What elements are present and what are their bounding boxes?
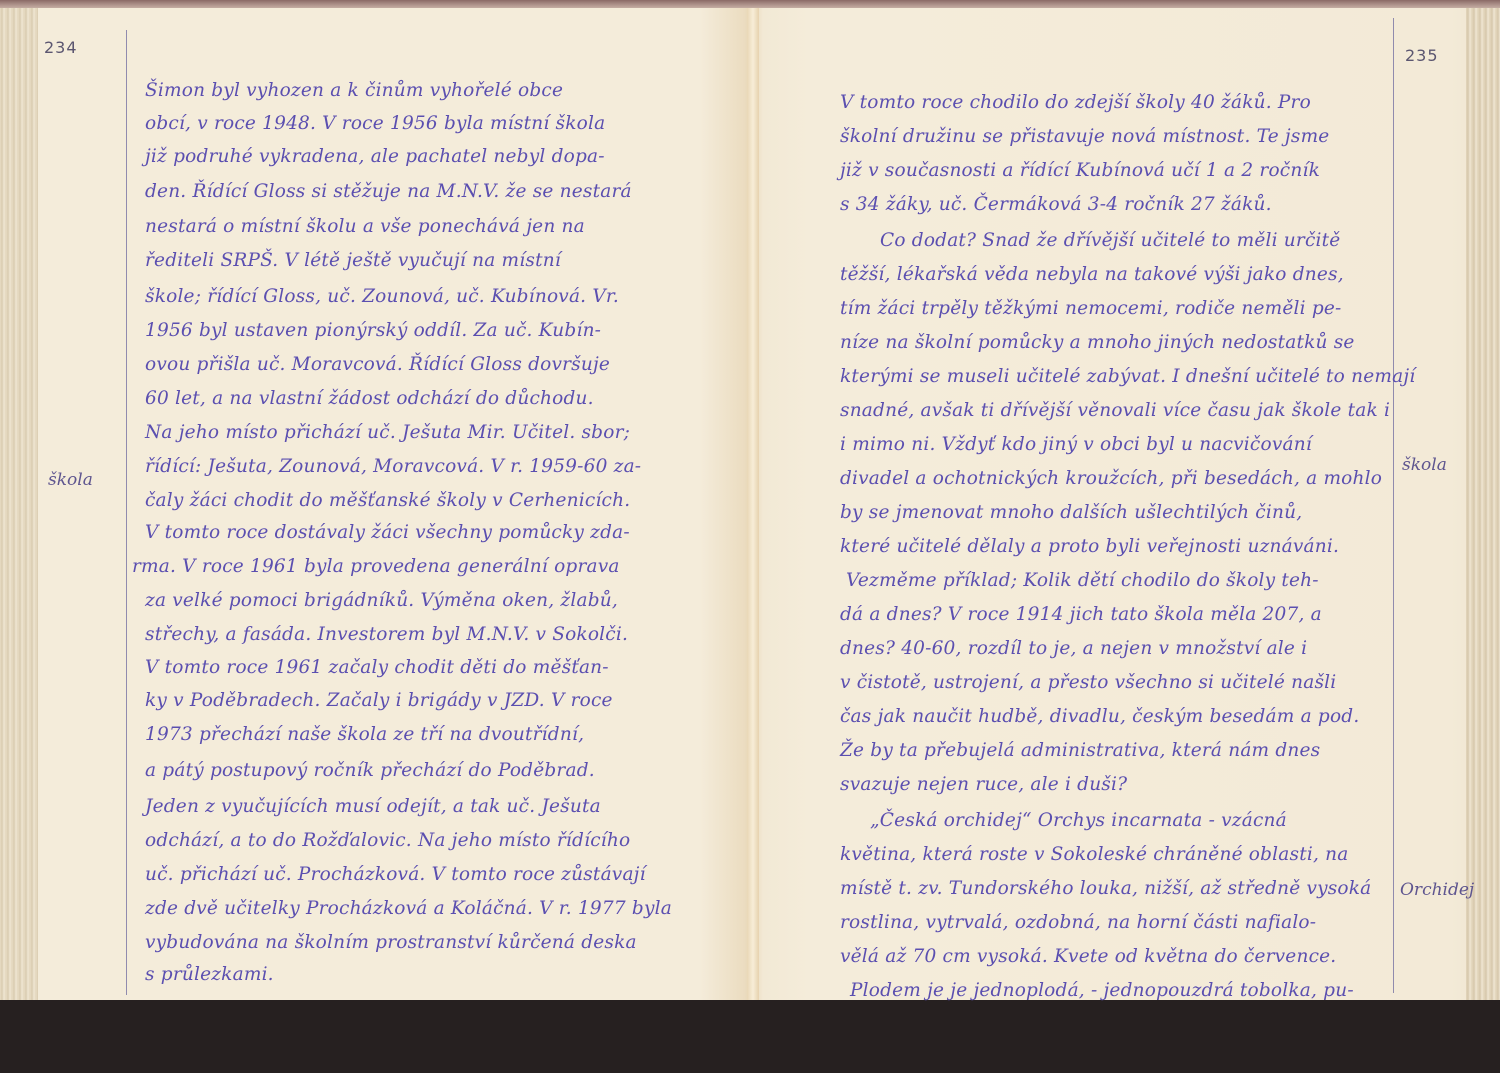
text-line: 1956 byl ustaven pionýrský oddíl. Za uč.… — [145, 320, 601, 341]
text-line: kterými se museli učitelé zabývat. I dne… — [840, 366, 1415, 387]
text-line: těžší, lékařská věda nebyla na takové vý… — [840, 264, 1344, 285]
left-margin-rule — [126, 30, 127, 995]
text-line: řídící: Ješuta, Zounová, Moravcová. V r.… — [145, 456, 641, 477]
text-line: den. Řídící Gloss si stěžuje na M.N.V. ž… — [145, 181, 632, 202]
text-line: uč. přichází uč. Procházková. V tomto ro… — [145, 864, 646, 885]
text-line: již podruhé vykradena, ale pachatel neby… — [145, 146, 605, 167]
text-line: škole; řídící Gloss, uč. Zounová, uč. Ku… — [145, 286, 619, 307]
margin-note-left-skola: škola — [48, 470, 93, 490]
text-line: 60 let, a na vlastní žádost odchází do d… — [145, 388, 594, 409]
text-line: s průlezkami. — [145, 964, 274, 985]
margin-note-right-skola: škola — [1402, 455, 1447, 475]
text-line: Jeden z vyučujících musí odejít, a tak u… — [145, 796, 601, 817]
text-line: divadel a ochotnických kroužcích, při be… — [840, 468, 1382, 489]
text-line: snadné, avšak ti dřívější věnovali více … — [840, 400, 1390, 421]
page-number-left: 234 — [44, 38, 78, 57]
open-book-spread: 234 235 škola škola Orchidej Šimon byl v… — [0, 0, 1500, 1073]
text-line: by se jmenovat mnoho dalších ušlechtilýc… — [840, 502, 1302, 523]
text-line: vybudována na školním prostranství kůrče… — [145, 932, 637, 953]
text-line: řediteli SRPŠ. V létě ještě vyučují na m… — [145, 250, 561, 271]
text-line: obcí, v roce 1948. V roce 1956 byla míst… — [145, 113, 605, 134]
text-line: nestará o místní školu a vše ponechává j… — [145, 216, 585, 237]
text-line: střechy, a fasáda. Investorem byl M.N.V.… — [145, 624, 628, 645]
page-number-right: 235 — [1405, 46, 1439, 65]
text-line: ky v Poděbradech. Začaly i brigády v JZD… — [145, 690, 613, 711]
text-line: tím žáci trpěly těžkými nemocemi, rodiče… — [840, 298, 1341, 319]
text-line: ovou přišla uč. Moravcová. Řídící Gloss … — [145, 354, 610, 375]
text-line: s 34 žáky, uč. Čermáková 3-4 ročník 27 ž… — [840, 194, 1272, 215]
text-line: Na jeho místo přichází uč. Ješuta Mir. U… — [145, 422, 630, 443]
book-gutter — [747, 8, 759, 1013]
text-line: Plodem je je jednoplodá, - jednopouzdrá … — [850, 980, 1354, 1001]
background-surface — [0, 1000, 1500, 1073]
text-line: dá a dnes? V roce 1914 jich tato škola m… — [840, 604, 1322, 625]
text-line: V tomto roce chodilo do zdejší školy 40 … — [840, 92, 1311, 113]
left-page-stack-edge — [0, 8, 38, 1008]
text-line: rma. V roce 1961 byla provedena generáln… — [132, 556, 620, 577]
text-line: odchází, a to do Rožďalovic. Na jeho mís… — [145, 830, 630, 851]
text-line: Vezměme příklad; Kolik dětí chodilo do š… — [846, 570, 1319, 591]
text-line: 1973 přechází naše škola ze tří na dvout… — [145, 724, 584, 745]
text-line: čaly žáci chodit do měšťanské školy v Ce… — [145, 490, 630, 511]
margin-note-right-orchidej: Orchidej — [1400, 880, 1474, 900]
text-line: „Česká orchidej“ Orchys incarnata - vzác… — [870, 810, 1287, 831]
text-line: Šimon byl vyhozen a k činům vyhořelé obc… — [145, 80, 563, 101]
text-line: V tomto roce dostávaly žáci všechny pomů… — [145, 522, 630, 543]
text-line: níze na školní pomůcky a mnoho jiných ne… — [840, 332, 1355, 353]
text-line: rostlina, vytrvalá, ozdobná, na horní čá… — [840, 912, 1316, 933]
text-line: Že by ta přebujelá administrativa, která… — [840, 740, 1320, 761]
text-line: místě t. zv. Tundorského louka, nižší, a… — [840, 878, 1371, 899]
text-line: V tomto roce 1961 začaly chodit děti do … — [145, 657, 609, 678]
text-line: i mimo ni. Vždyť kdo jiný v obci byl u n… — [840, 434, 1312, 455]
text-line: za velké pomoci brigádníků. Výměna oken,… — [145, 590, 618, 611]
text-line: v čistotě, ustrojení, a přesto všechno s… — [840, 672, 1336, 693]
text-line: školní družinu se přistavuje nová místno… — [840, 126, 1329, 147]
right-margin-rule — [1393, 18, 1394, 993]
text-line: svazuje nejen ruce, ale i duši? — [840, 774, 1127, 795]
text-line: již v současnosti a řídící Kubínová učí … — [840, 160, 1320, 181]
text-line: čas jak naučit hudbě, divadlu, českým be… — [840, 706, 1359, 727]
text-line: a pátý postupový ročník přechází do Podě… — [145, 760, 595, 781]
text-line: které učitelé dělaly a proto byli veřejn… — [840, 536, 1339, 557]
right-page-stack-edge — [1466, 8, 1500, 1008]
text-line: vělá až 70 cm vysoká. Kvete od května do… — [840, 946, 1336, 967]
text-line: květina, která roste v Sokoleské chráněn… — [840, 844, 1348, 865]
text-line: dnes? 40-60, rozdíl to je, a nejen v mno… — [840, 638, 1307, 659]
text-line: zde dvě učitelky Procházková a Koláčná. … — [145, 898, 672, 919]
text-line: Co dodat? Snad že dřívější učitelé to mě… — [880, 230, 1340, 251]
